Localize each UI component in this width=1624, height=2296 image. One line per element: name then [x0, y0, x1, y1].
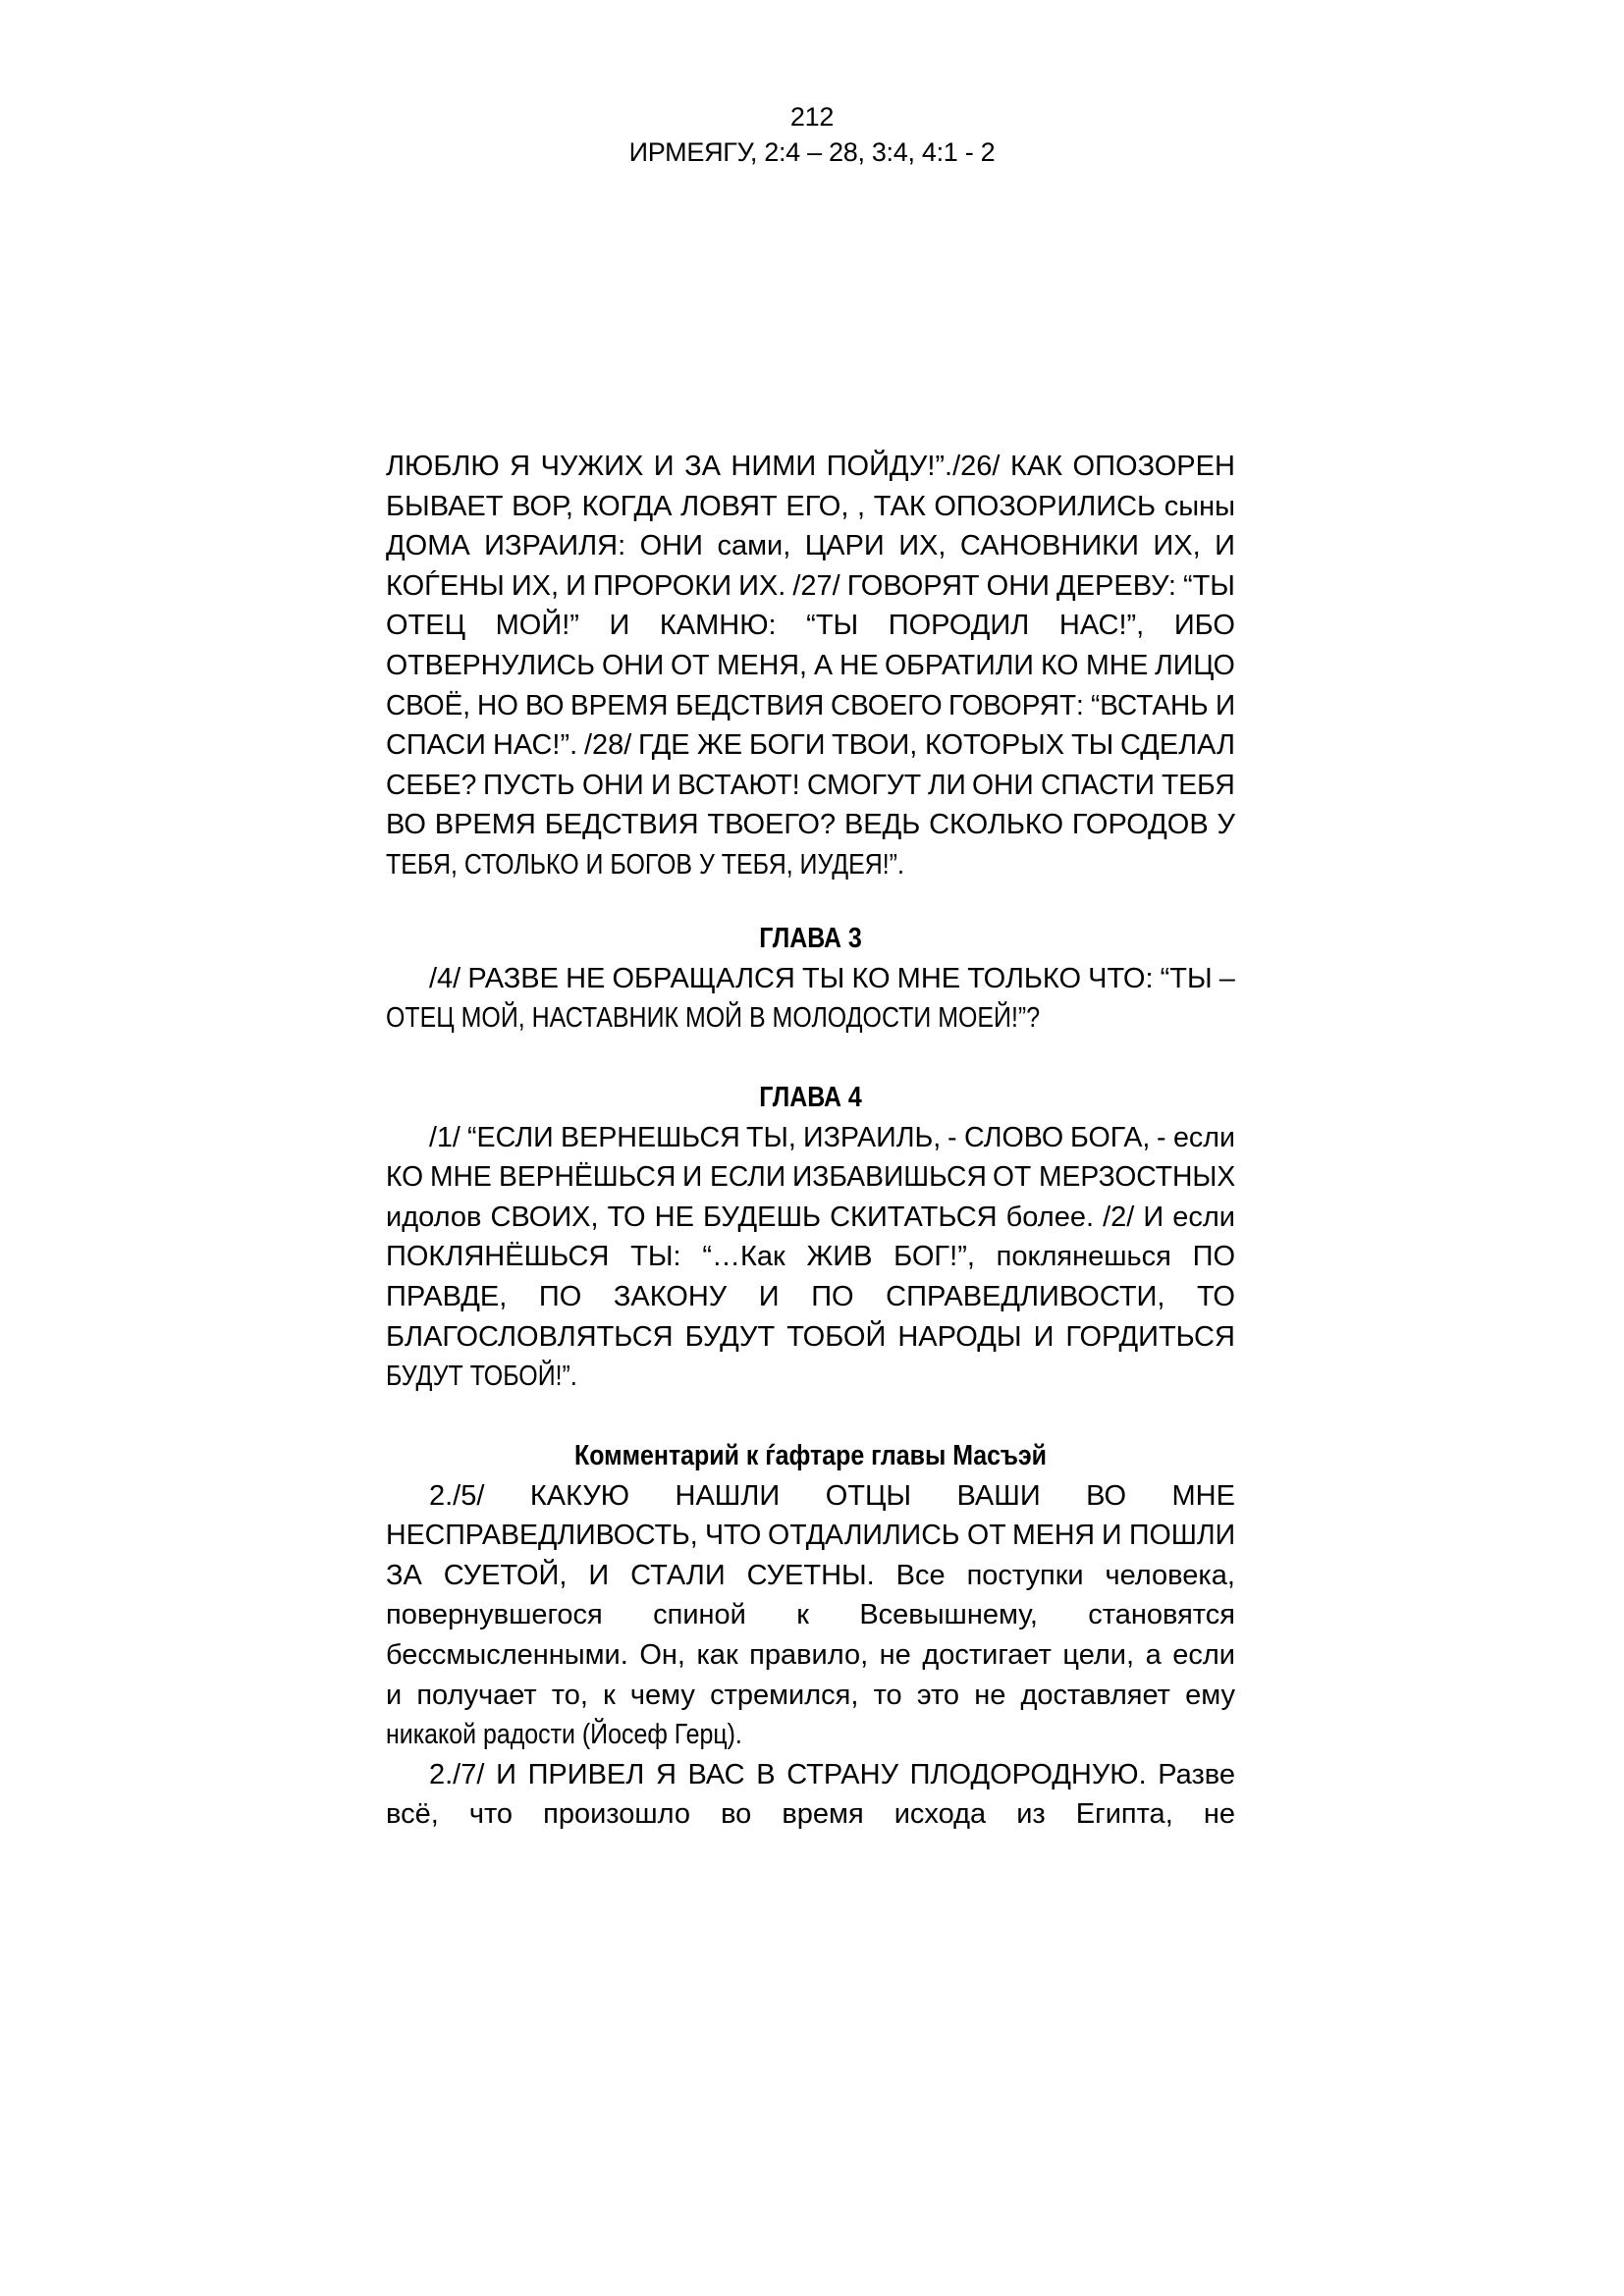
text-line: БЫВАЕТВОР,КОГДАЛОВЯТЕГО,,ТАКОПОЗОРИЛИСЬс…: [386, 487, 1235, 527]
text-line: ВОВРЕМЯБЕДСТВИЯТВОЕГО?ВЕДЬСКОЛЬКОГОРОДОВ…: [386, 805, 1235, 845]
text-line: СПАСИНАС!”./28/ГДЕЖЕБОГИТВОИ,КОТОРЫХТЫСД…: [386, 725, 1235, 766]
text-line: ДОМАИЗРАИЛЯ:ОНИсами,ЦАРИИХ,САНОВНИКИИХ,И: [386, 526, 1235, 566]
text-line: никакой радости (Йосеф Герц).: [386, 1715, 1235, 1755]
running-title: ИРМЕЯГУ, 2:4 – 28, 3:4, 4:1 - 2: [0, 135, 1624, 169]
text-line: НЕСПРАВЕДЛИВОСТЬ,ЧТООТДАЛИЛИСЬОТМЕНЯИПОШ…: [386, 1516, 1235, 1556]
text-line: ЛЮБЛЮЯЧУЖИХИЗАНИМИПОЙДУ!”./26/КАКОПОЗОРЕ…: [386, 447, 1235, 487]
text-line: иполучаетто,кчемустремился,тоэтонедостав…: [386, 1676, 1235, 1716]
text-line: ТЕБЯ, СТОЛЬКО И БОГОВ У ТЕБЯ, ИУДЕЯ!”.: [386, 845, 1235, 885]
text-line: /1/“ЕСЛИВЕРНЕШЬСЯТЫ,ИЗРАИЛЬ,-СЛОВОБОГА,-…: [386, 1118, 1235, 1158]
commentary-heading: Комментарий к ѓафтаре главы Масъэй: [446, 1436, 1176, 1476]
text-line: ЗАСУЕТОЙ,ИСТАЛИСУЕТНЫ.Всепоступкичеловек…: [386, 1556, 1235, 1596]
text-line: СЕБЕ?ПУСТЬОНИИВСТАЮТ!СМОГУТЛИОНИСПАСТИТЕ…: [386, 766, 1235, 806]
text-line: ОТВЕРНУЛИСЬОНИОТМЕНЯ,АНЕОБРАТИЛИКОМНЕЛИЦ…: [386, 646, 1235, 686]
text-line: БЛАГОСЛОВЛЯТЬСЯБУДУТТОБОЙНАРОДЫИГОРДИТЬС…: [386, 1317, 1235, 1358]
text-line: КОМНЕВЕРНЁШЬСЯИЕСЛИИЗБАВИШЬСЯОТМЕРЗОСТНЫ…: [386, 1157, 1235, 1198]
text-line: /4/РАЗВЕНЕОБРАЩАЛСЯТЫКОМНЕТОЛЬКОЧТО:“ТЫ–: [386, 959, 1235, 999]
text-line: ПОКЛЯНЁШЬСЯТЫ:“…КакЖИВБОГ!”,поклянешьсяП…: [386, 1237, 1235, 1277]
verse-block-chapter-4: /1/“ЕСЛИВЕРНЕШЬСЯТЫ,ИЗРАИЛЬ,-СЛОВОБОГА,-…: [386, 1118, 1235, 1397]
text-line: БУДУТ ТОБОЙ!”.: [386, 1357, 1235, 1397]
text-line: повернувшегосяспинойкВсевышнему,становят…: [386, 1595, 1235, 1635]
commentary-section: Комментарий к ѓафтаре главы Масъэй 2./5/…: [386, 1436, 1235, 1835]
text-line: бессмысленными.Он,какправило,недостигает…: [386, 1635, 1235, 1676]
text-line: ПРАВДЕ,ПОЗАКОНУИПОСПРАВЕДЛИВОСТИ,ТО: [386, 1277, 1235, 1317]
verse-block-chapter-2: ЛЮБЛЮЯЧУЖИХИЗАНИМИПОЙДУ!”./26/КАКОПОЗОРЕ…: [386, 447, 1235, 885]
chapter-4-heading: ГЛАВА 4: [446, 1078, 1176, 1118]
text-line: ОТЕЦМОЙ!”ИКАМНЮ:“ТЫПОРОДИЛНАС!”,ИБО: [386, 606, 1235, 646]
text-line: ОТЕЦ МОЙ, НАСТАВНИК МОЙ В МОЛОДОСТИ МОЕЙ…: [386, 998, 1235, 1039]
text-line: 2./5/КАКУЮНАШЛИОТЦЫВАШИВОМНЕ: [386, 1476, 1235, 1517]
text-line: идоловСВОИХ,ТОНЕБУДЕШЬСКИТАТЬСЯболее./2/…: [386, 1198, 1235, 1238]
text-line: 2./7/ИПРИВЕЛЯВАСВСТРАНУПЛОДОРОДНУЮ.Разве: [386, 1755, 1235, 1795]
chapter-3-section: ГЛАВА 3 /4/РАЗВЕНЕОБРАЩАЛСЯТЫКОМНЕТОЛЬКО…: [386, 919, 1235, 1039]
chapter-3-heading: ГЛАВА 3: [446, 919, 1176, 959]
verse-block-chapter-3: /4/РАЗВЕНЕОБРАЩАЛСЯТЫКОМНЕТОЛЬКОЧТО:“ТЫ–…: [386, 959, 1235, 1039]
commentary-paragraph-2-7: 2./7/ИПРИВЕЛЯВАСВСТРАНУПЛОДОРОДНУЮ.Разве…: [386, 1755, 1235, 1835]
text-line: КОЃЕНЫИХ,ИПРОРОКИИХ./27/ГОВОРЯТОНИДЕРЕВУ…: [386, 566, 1235, 607]
chapter-4-section: ГЛАВА 4 /1/“ЕСЛИВЕРНЕШЬСЯТЫ,ИЗРАИЛЬ,-СЛО…: [386, 1078, 1235, 1397]
commentary-paragraph-2-5: 2./5/КАКУЮНАШЛИОТЦЫВАШИВОМНЕНЕСПРАВЕДЛИВ…: [386, 1476, 1235, 1755]
text-line: всё,чтопроизошлововремяисходаизЕгипта,не: [386, 1794, 1235, 1835]
page-number: 212: [0, 100, 1624, 133]
text-line: СВОЁ,НОВОВРЕМЯБЕДСТВИЯСВОЕГОГОВОРЯТ:“ВСТ…: [386, 686, 1235, 726]
